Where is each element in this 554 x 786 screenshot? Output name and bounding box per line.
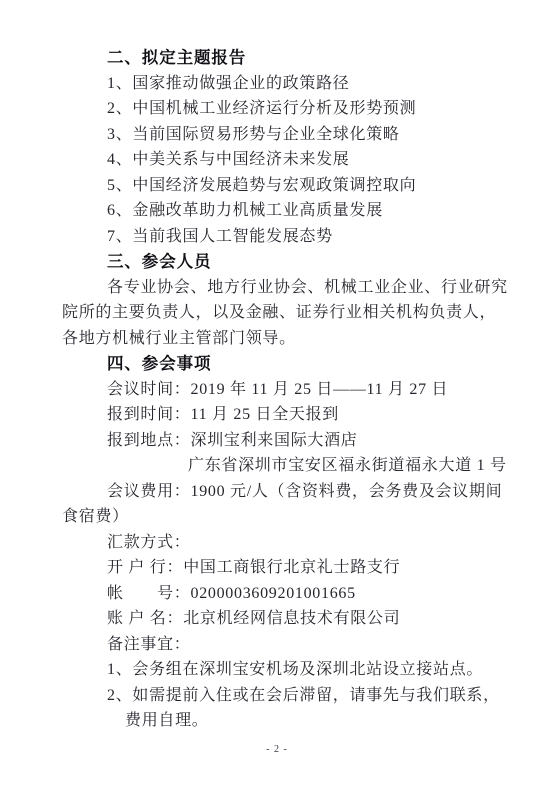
report-item-6: 6、金融改革助力机械工业高质量发展 (107, 198, 514, 224)
detail-remarks-label: 备注事宜： (107, 632, 514, 658)
detail-fee: 会议费用：1900 元/人（含资料费，会务费及会议期间 (107, 479, 514, 505)
report-item-2: 2、中国机械工业经济运行分析及形势预测 (107, 96, 514, 122)
participants-paragraph-line-3: 各地方机械行业主管部门领导。 (62, 326, 514, 352)
section-heading-matters: 四、参会事项 (107, 351, 514, 377)
detail-address-continuation: 广东省深圳市宝安区福永街道福永大道 1 号 (188, 453, 514, 479)
report-item-5: 5、中国经济发展趋势与宏观政策调控取向 (107, 173, 514, 199)
section-heading-reports: 二、拟定主题报告 (107, 45, 514, 71)
detail-checkin-time: 报到时间：11 月 25 日全天报到 (107, 402, 514, 428)
document-page: 二、拟定主题报告 1、国家推动做强企业的政策路径 2、中国机械工业经济运行分析及… (0, 0, 554, 786)
participants-paragraph-line-2: 院所的主要负责人，以及金融、证券行业相关机构负责人， (62, 300, 514, 326)
detail-remittance-method: 汇款方式： (107, 530, 514, 556)
remark-item-1: 1、会务组在深圳宝安机场及深圳北站设立接站点。 (107, 657, 514, 683)
detail-fee-continuation: 食宿费） (62, 504, 514, 530)
section-heading-participants: 三、参会人员 (107, 249, 514, 275)
report-item-4: 4、中美关系与中国经济未来发展 (107, 147, 514, 173)
participants-paragraph-line-1: 各专业协会、地方行业协会、机械工业企业、行业研究 (107, 275, 514, 301)
remark-item-2: 2、如需提前入住或在会后滞留，请事先与我们联系， (107, 683, 514, 709)
detail-bank-name: 开 户 行：中国工商银行北京礼士路支行 (107, 555, 514, 581)
detail-meeting-time: 会议时间：2019 年 11 月 25 日——11 月 27 日 (107, 377, 514, 403)
detail-checkin-place: 报到地点：深圳宝利来国际大酒店 (107, 428, 514, 454)
report-item-3: 3、当前国际贸易形势与企业全球化策略 (107, 122, 514, 148)
detail-account-number: 帐 号：0200003609201001665 (107, 581, 514, 607)
footer-page-number: - 2 - (0, 744, 554, 755)
detail-account-name: 账 户 名：北京机经网信息技术有限公司 (107, 606, 514, 632)
report-item-1: 1、国家推动做强企业的政策路径 (107, 71, 514, 97)
report-item-7: 7、当前我国人工智能发展态势 (107, 224, 514, 250)
remark-item-2-continuation: 费用自理。 (125, 708, 514, 734)
document-content: 二、拟定主题报告 1、国家推动做强企业的政策路径 2、中国机械工业经济运行分析及… (62, 45, 514, 734)
